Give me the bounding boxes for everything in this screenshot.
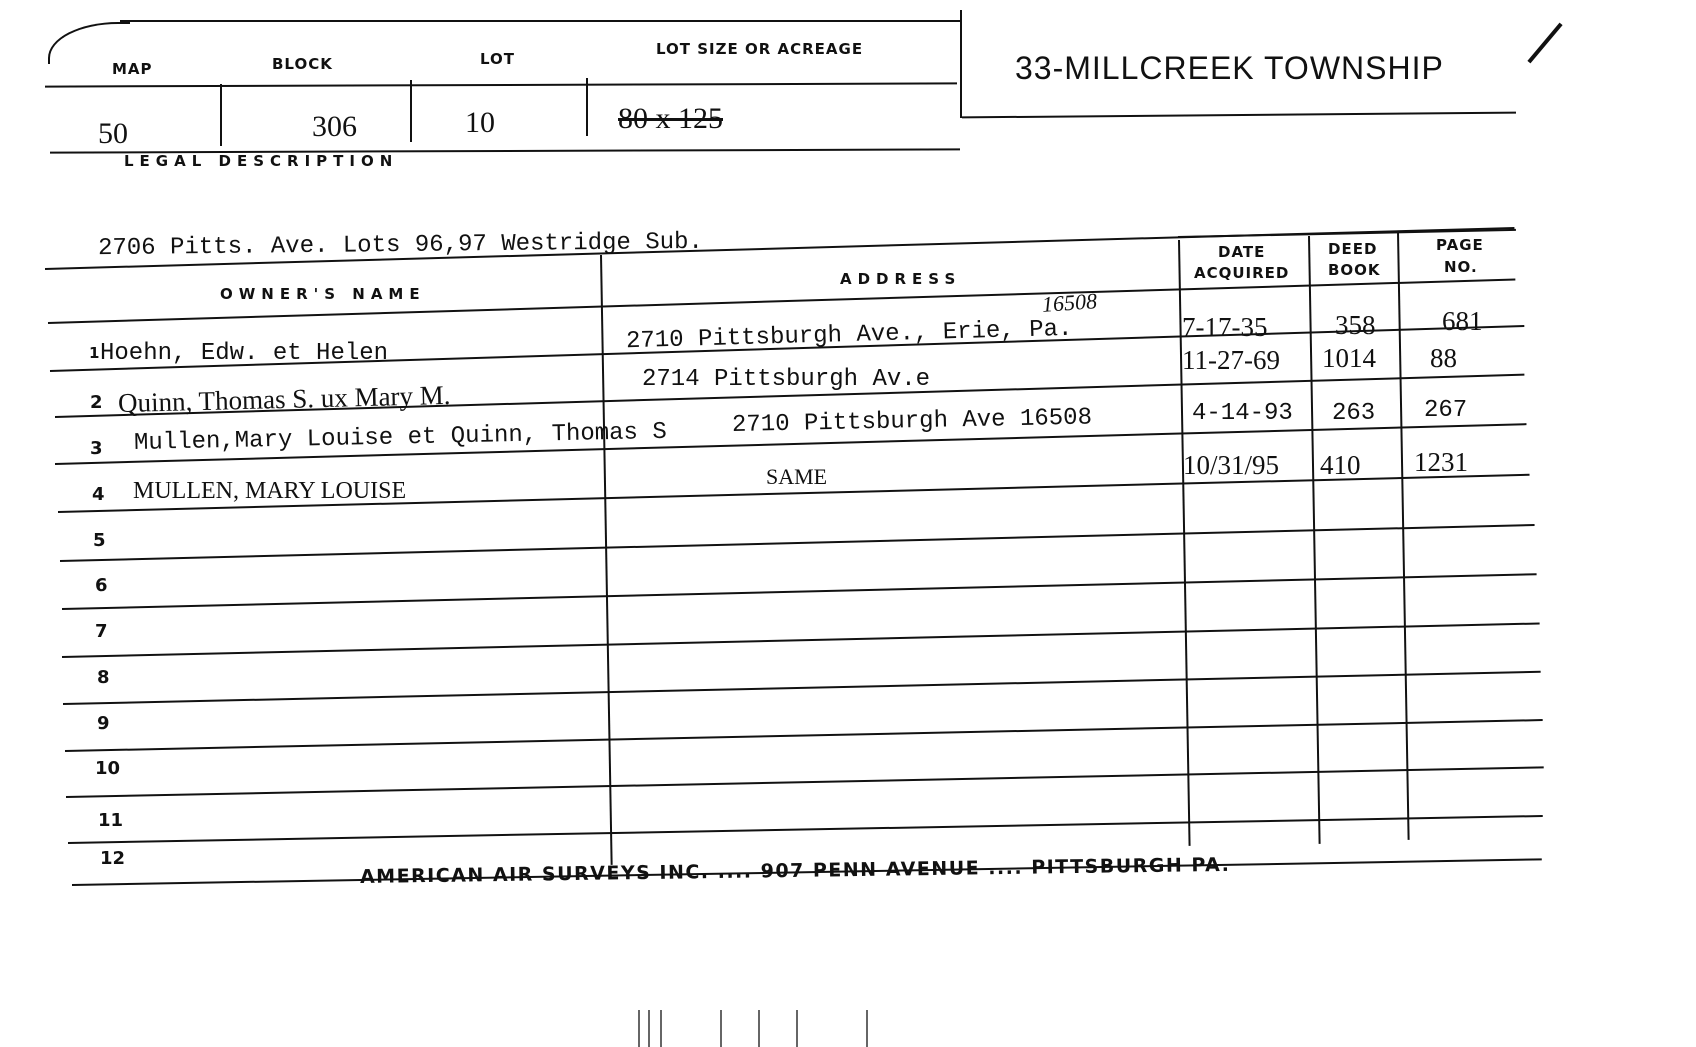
page-number: 681 (1442, 306, 1483, 337)
scan-mark (720, 1010, 722, 1047)
scan-mark (648, 1010, 650, 1047)
row-number: 3 (90, 438, 103, 459)
page-column-header-2: NO. (1444, 258, 1478, 276)
row-line-7 (62, 622, 1540, 658)
row-number: 7 (95, 621, 108, 642)
lot-value: 10 (465, 106, 495, 140)
owner-address: 2710 Pittsburgh Ave 16508 (732, 404, 1093, 439)
row-number: 5 (93, 530, 106, 551)
owner-address: 2714 Pittsburgh Av.e (642, 366, 930, 393)
header-divider-2 (410, 80, 412, 142)
date-column-header-1: DATE (1218, 243, 1265, 261)
row-number: 8 (97, 667, 110, 688)
row-number: 4 (92, 484, 105, 505)
row-line-9 (65, 719, 1543, 752)
row-number: 6 (95, 575, 108, 596)
township-title: 33-MILLCREEK TOWNSHIP (1015, 50, 1444, 87)
publisher-footer: AMERICAN AIR SURVEYS INC. .... 907 PENN … (360, 854, 1231, 888)
lot-label: LOT (480, 50, 515, 68)
owner-name: Hoehn, Edw. et Helen (100, 340, 388, 367)
card-corner (48, 22, 130, 64)
row-line-8 (63, 671, 1541, 705)
property-record-card: MAP BLOCK LOT LOT SIZE OR ACREAGE 50 306… (0, 0, 1696, 1047)
owner-name: Mullen,Mary Louise et Quinn, Thomas S (134, 419, 667, 457)
owner-address-divider (600, 255, 613, 865)
top-border (120, 20, 960, 22)
scan-mark (796, 1010, 798, 1047)
deed-book: 358 (1335, 310, 1376, 341)
block-label: BLOCK (272, 55, 333, 73)
owner-address: 2710 Pittsburgh Ave., Erie, Pa. (626, 316, 1073, 355)
address-column-header: ADDRESS (840, 270, 961, 288)
scan-mark (866, 1010, 868, 1047)
township-underline (962, 112, 1516, 119)
row-number: 12 (100, 848, 125, 869)
scan-mark (758, 1010, 760, 1047)
legal-description-label: LEGAL DESCRIPTION (124, 152, 398, 170)
row-line-11 (68, 815, 1543, 844)
date-acquired: 4-14-93 (1192, 400, 1293, 427)
deed-book: 1014 (1322, 343, 1376, 374)
deed-book: 263 (1332, 400, 1375, 427)
row-number: 10 (95, 758, 120, 779)
page-number: 267 (1424, 397, 1467, 424)
date-acquired: 11-27-69 (1182, 345, 1280, 376)
header-label-divider (45, 82, 957, 87)
date-acquired: 10/31/95 (1183, 450, 1279, 481)
row-number: 2 (90, 392, 103, 413)
lot-size-label: LOT SIZE OR ACREAGE (656, 40, 863, 58)
row-number: 9 (97, 713, 110, 734)
header-divider-1 (220, 84, 222, 146)
deed-book: 410 (1320, 450, 1361, 481)
owner-name: Quinn, Thomas S. ux Mary M. (118, 380, 451, 419)
owner-address: SAME (766, 464, 827, 490)
zip-note: 16508 (1041, 288, 1098, 318)
owner-name: MULLEN, MARY LOUISE (133, 478, 406, 505)
page-column-header-1: PAGE (1436, 236, 1484, 254)
deed-page-divider (1397, 232, 1410, 840)
row-number: 11 (98, 810, 123, 831)
deed-column-header-1: DEED (1328, 240, 1377, 258)
deed-column-header-2: BOOK (1328, 261, 1381, 279)
row-line-10 (66, 766, 1544, 798)
row-number: 1 (89, 344, 99, 362)
date-deed-divider (1308, 236, 1321, 844)
date-column-header-2: ACQUIRED (1194, 264, 1289, 282)
owner-column-header: OWNER'S NAME (220, 285, 426, 303)
page-number: 88 (1430, 343, 1457, 374)
date-acquired: 7-17-35 (1182, 312, 1267, 343)
scan-mark (660, 1010, 662, 1047)
header-divider-4 (960, 10, 962, 118)
map-value: 50 (98, 117, 128, 151)
header-divider-3 (586, 78, 588, 136)
lot-size-value: 80 x 125 (618, 102, 723, 136)
map-label: MAP (112, 60, 153, 78)
scan-mark (638, 1010, 640, 1047)
page-number: 1231 (1414, 447, 1468, 478)
block-value: 306 (312, 110, 357, 144)
pen-mark (1527, 23, 1562, 64)
